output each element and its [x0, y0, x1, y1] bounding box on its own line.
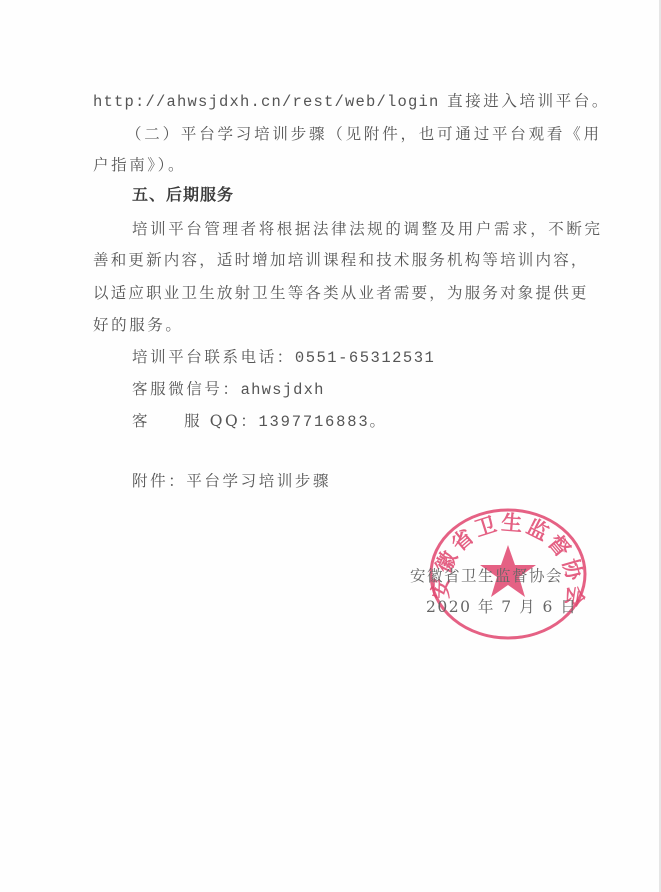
qq-label-2: 服 QQ： [184, 412, 258, 430]
wechat-value: ahwsjdxh [241, 381, 325, 399]
contact-phone: 培训平台联系电话：0551-65312531 [132, 347, 435, 368]
phone-label: 培训平台联系电话： [132, 348, 295, 366]
phone-value: 0551-65312531 [295, 349, 435, 367]
wechat-label: 客服微信号： [132, 380, 241, 398]
paragraph-line-4: 好的服务。 [93, 315, 184, 335]
qq-label-1: 客 [132, 412, 150, 430]
section-heading: 五、后期服务 [132, 185, 234, 205]
login-url-link[interactable]: http://ahwsjdxh.cn/rest/web/login [93, 93, 440, 111]
paragraph-line-3: 以适应职业卫生放射卫生等各类从业者需要，为服务对象提供更 [93, 283, 589, 303]
signature-date: 2020 年 7 月 6 日 [426, 597, 577, 617]
attachment-line: 附件：平台学习培训步骤 [132, 471, 331, 491]
step-line-1: （二）平台学习培训步骤（见附件，也可通过平台观看《用 [126, 124, 602, 144]
document-page: http://ahwsjdxh.cn/rest/web/login 直接进入培训… [0, 0, 661, 892]
qq-value: 1397716883。 [258, 413, 386, 431]
url-line: http://ahwsjdxh.cn/rest/web/login 直接进入培训… [93, 91, 610, 112]
paragraph-line-2: 善和更新内容，适时增加培训课程和技术服务机构等培训内容， [93, 250, 589, 270]
attachment-value[interactable]: 平台学习培训步骤 [186, 472, 331, 490]
url-line-suffix: 直接进入培训平台。 [440, 92, 610, 110]
contact-wechat: 客服微信号：ahwsjdxh [132, 379, 325, 400]
signature-organization: 安徽省卫生监督协会 [410, 566, 563, 586]
attachment-label: 附件： [132, 472, 186, 490]
step-line-2: 户指南》）。 [93, 155, 186, 175]
contact-qq: 客服 QQ：1397716883。 [132, 411, 387, 432]
paragraph-line-1: 培训平台管理者将根据法律法规的调整及用户需求，不断完 [132, 219, 603, 239]
